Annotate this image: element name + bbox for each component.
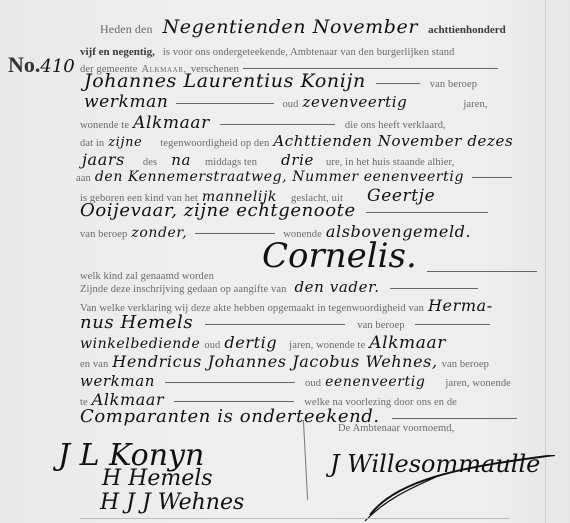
witness1-name-part: nus Hemels xyxy=(80,312,193,333)
line-11: Ooijevaar, zijne echtgenoote xyxy=(80,200,488,221)
birth-date: Achttienden November dezes xyxy=(273,132,513,150)
handwritten-date: Negentienden November xyxy=(163,16,419,38)
printed-text: en van xyxy=(80,359,108,370)
fill-line xyxy=(392,417,517,419)
closing-statement: Comparanten is onderteekend. xyxy=(80,406,380,427)
signature-witness1: H Hemels xyxy=(102,466,213,491)
printed-text: oud xyxy=(204,340,220,351)
printed-text: die ons heeft verklaard, xyxy=(345,120,446,131)
line-5: werkman oud zevenveertig jaren, xyxy=(84,92,488,112)
declared-by: den vader. xyxy=(294,278,379,296)
line-13: welk kind zal genaamd worden Cornelis. xyxy=(80,236,537,276)
fill-line xyxy=(376,82,420,84)
line-6: wonende te Alkmaar die ons heeft verklaa… xyxy=(80,113,446,133)
certificate-page: No.410 Heden den Negentienden November a… xyxy=(0,0,570,523)
signature-flourish-icon xyxy=(360,455,560,523)
printed-text: wonende te xyxy=(80,120,129,131)
witness1-occupation: winkelbediende xyxy=(80,336,200,352)
line-16: nus Hemels van beroep xyxy=(80,312,490,333)
witness2-name: Hendricus Johannes Jacobus Wehnes, xyxy=(112,352,437,371)
certificate-number: No.410 xyxy=(8,52,75,78)
line-18: en van Hendricus Johannes Jacobus Wehnes… xyxy=(80,352,489,372)
fill-line xyxy=(174,400,294,402)
birth-address: den Kennemerstraatweg, Nummer eenenveert… xyxy=(95,169,464,185)
line-1: Heden den Negentienden November achttien… xyxy=(100,16,506,38)
line-7: dat in zijne tegenwoordigheid op den Ach… xyxy=(80,132,513,151)
page-edge xyxy=(545,0,546,523)
printed-text: middags ten xyxy=(205,157,257,168)
fill-line xyxy=(366,211,488,213)
line-8: jaars des na middags ten drie ure, in he… xyxy=(82,150,454,170)
printed-text: Heden den xyxy=(100,22,153,36)
fill-line xyxy=(472,176,512,178)
signature-divider xyxy=(303,420,308,500)
handwritten-text: na xyxy=(171,151,191,169)
line-9: aan den Kennemerstraatweg, Nummer eenenv… xyxy=(76,168,512,186)
printed-text: ure, in het huis staande alhier, xyxy=(326,157,454,168)
official-label: De Ambtenaar voornoemd, xyxy=(338,423,454,434)
line-2: vijf en negentig, is voor ons ondergetee… xyxy=(80,42,454,60)
witness2-age: eenenveertig xyxy=(325,374,425,390)
printed-text: Zijnde deze inschrijving gedaan op aangi… xyxy=(80,284,286,295)
printed-text: aan xyxy=(76,173,91,184)
printed-text: jaren, xyxy=(463,99,487,110)
printed-text: van beroep xyxy=(357,320,404,331)
fill-line xyxy=(390,287,478,289)
line-17: winkelbediende oud dertig jaren, wonende… xyxy=(80,333,446,353)
line-4: Johannes Laurentius Konijn van beroep xyxy=(84,70,477,92)
handwritten-text: jaars xyxy=(82,150,125,169)
fill-line xyxy=(176,102,274,104)
signature-witness2: H J J Wehnes xyxy=(100,490,244,515)
fill-line xyxy=(415,323,490,325)
mother-surname: Ooijevaar, zijne echtgenoote xyxy=(80,200,356,221)
fill-line xyxy=(427,270,537,272)
witness1-age: dertig xyxy=(224,333,277,352)
printed-text: jaren, wonende xyxy=(445,378,511,389)
printed-text: tegenwoordigheid op den xyxy=(160,138,269,149)
printed-text: van beroep xyxy=(430,79,477,90)
fill-line xyxy=(205,323,345,325)
declarant-residence: Alkmaar xyxy=(133,113,210,133)
declarant-name: Johannes Laurentius Konijn xyxy=(84,70,366,92)
number-label: No. xyxy=(8,52,40,77)
fill-line xyxy=(165,381,295,383)
printed-text: is voor ons ondergeteekende, Ambtenaar v… xyxy=(163,47,455,58)
handwritten-text: zijne xyxy=(108,135,142,150)
birth-hour: drie xyxy=(281,151,314,169)
printed-text: dat in xyxy=(80,138,104,149)
number-value: 410 xyxy=(40,56,74,77)
line-19: werkman oud eenenveertig jaren, wonende xyxy=(80,372,511,391)
printed-year-cont: vijf en negentig, xyxy=(80,46,155,58)
printed-text: van beroep xyxy=(442,359,489,370)
printed-text: jaren, wonende te xyxy=(289,340,365,351)
printed-text: oud xyxy=(282,99,298,110)
declarant-occupation: werkman xyxy=(84,92,168,112)
fill-line xyxy=(195,232,275,234)
child-name: Cornelis. xyxy=(262,236,417,276)
printed-text: oud xyxy=(305,378,321,389)
witness1-residence: Alkmaar xyxy=(369,333,446,353)
bottom-rule xyxy=(80,518,510,519)
declarant-age: zevenveertig xyxy=(303,93,408,111)
witness2-occupation: werkman xyxy=(80,372,155,390)
line-14: Zijnde deze inschrijving gedaan op aangi… xyxy=(80,278,478,297)
printed-text: des xyxy=(143,157,157,168)
printed-year: achttienhonderd xyxy=(428,24,506,36)
fill-line xyxy=(220,123,335,125)
